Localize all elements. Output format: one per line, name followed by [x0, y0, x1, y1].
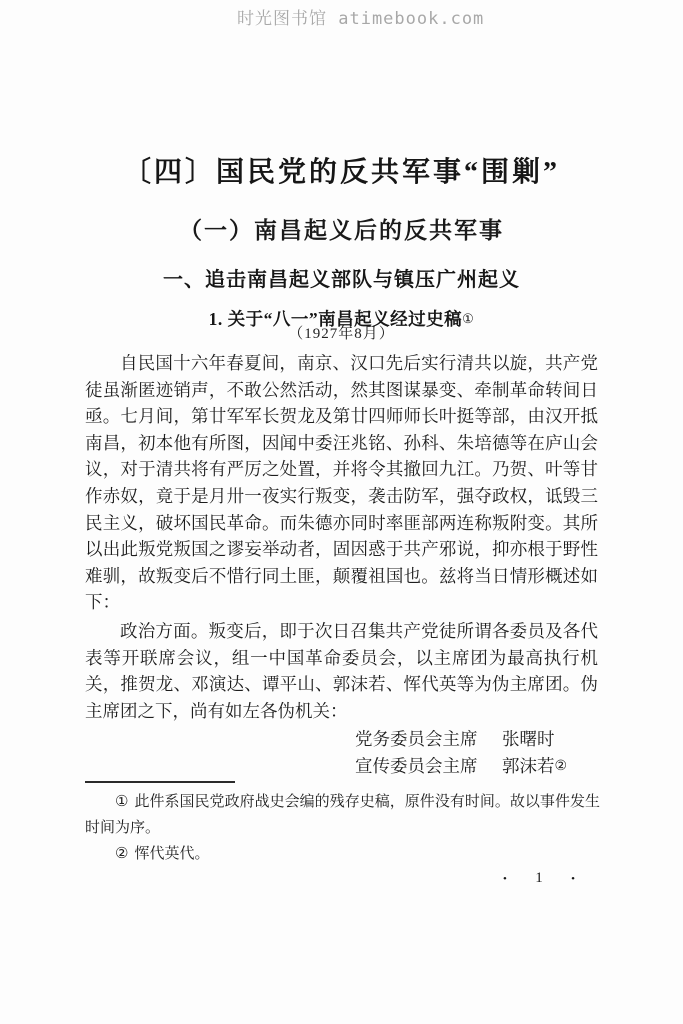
document-title: 〔四〕国民党的反共军事“围剿” [0, 150, 683, 190]
document-subtitle: （一）南昌起义后的反共军事 [0, 212, 683, 245]
footnote-2: ②恽代英代。 [85, 841, 600, 867]
footnote-marker: ② [115, 846, 128, 862]
footnote-marker: ① [115, 794, 128, 810]
paragraph-2: 政治方面。叛变后，即于次日召集共产党徒所谓各委员及各代表等开联席会议，组一中国革… [85, 618, 598, 724]
footnote-text: 此件系国民党政府战史会编的残存史稿，原件没有时间。故以事件发生时间为序。 [85, 794, 600, 836]
page-number-left-dot: • [503, 873, 507, 885]
date-line: （1927年8月） [0, 322, 683, 343]
footnote-1: ①此件系国民党政府战史会编的残存史稿，原件没有时间。故以事件发生时间为序。 [85, 789, 600, 841]
committee-chair-name: 郭沫若 [502, 753, 555, 780]
committee-row: 党务委员会主席 张曙时 [355, 726, 567, 753]
committee-title: 宣传委员会主席 [355, 753, 478, 780]
committee-list: 党务委员会主席 张曙时 宣传委员会主席 郭沫若 ② [355, 726, 567, 780]
page-number-right-dot: • [571, 873, 575, 885]
footnote-text: 恽代英代。 [134, 846, 209, 862]
scanned-book-page: 时光图书馆 atimebook.com 〔四〕国民党的反共军事“围剿” （一）南… [0, 0, 683, 1024]
paragraph-1: 自民国十六年春夏间，南京、汉口先后实行清共以旋，共产党徒虽渐匿迹销声，不敢公然活… [85, 350, 598, 616]
section-heading: 一、追击南昌起义部队与镇压广州起义 [0, 263, 683, 292]
committee-row: 宣传委员会主席 郭沫若 ② [355, 753, 567, 780]
page-number: • 1 • [503, 870, 575, 887]
committee-title: 党务委员会主席 [355, 726, 478, 753]
body-text: 自民国十六年春夏间，南京、汉口先后实行清共以旋，共产党徒虽渐匿迹销声，不敢公然活… [85, 350, 598, 724]
footnote-separator [85, 781, 235, 783]
committee-footnote-ref: ② [555, 753, 568, 780]
footnotes: ①此件系国民党政府战史会编的残存史稿，原件没有时间。故以事件发生时间为序。 ②恽… [85, 789, 600, 867]
library-watermark: 时光图书馆 atimebook.com [237, 4, 484, 29]
page-number-value: 1 [535, 870, 543, 887]
committee-chair-name: 张曙时 [502, 726, 555, 753]
